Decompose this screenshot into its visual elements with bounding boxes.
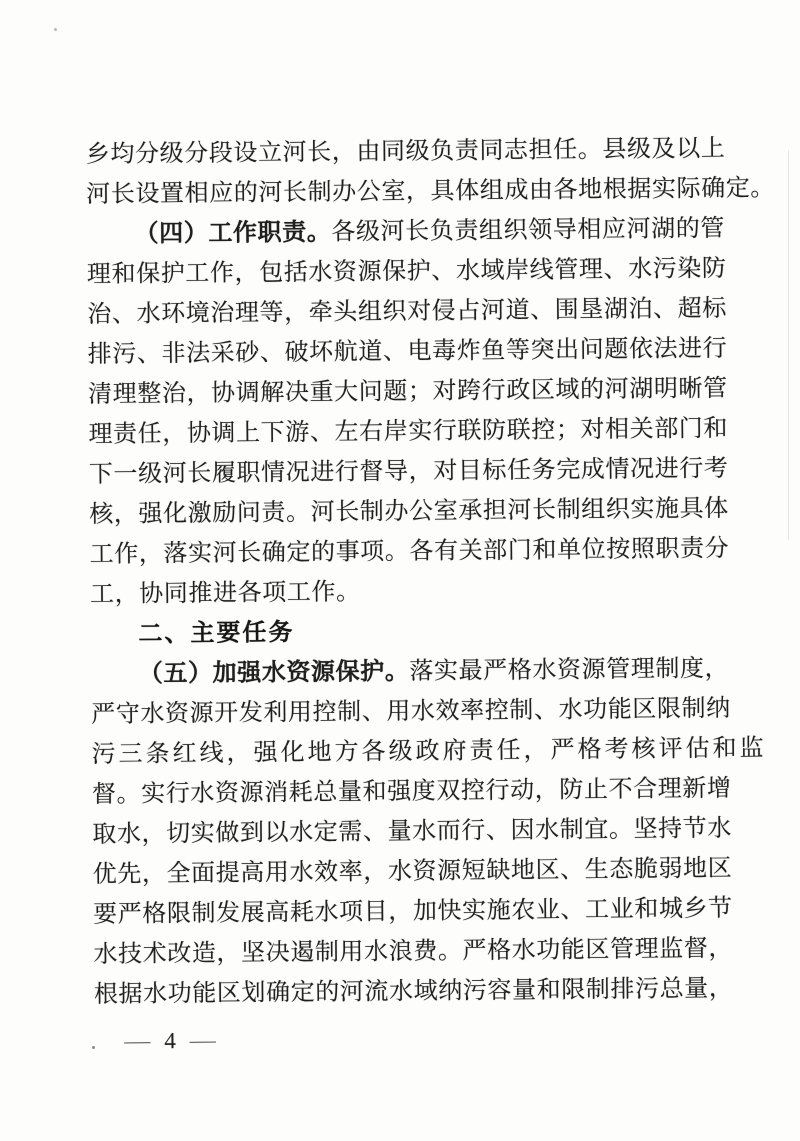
text-line: 要严格限制发展高耗水项目，加快实施农业、工业和城乡节 — [93, 889, 718, 935]
text-run: 落实最严格水资源管理制度， — [409, 656, 729, 685]
text-line-clause-5: （五）加强水资源保护。落实最严格水资源管理制度， — [91, 649, 716, 695]
clause-5-heading: （五）加强水资源保护。 — [139, 659, 410, 688]
text-line: 核，强化激励问责。河长制办公室承担河长制组织实施具体 — [89, 489, 714, 535]
text-line: 取水，切实做到以水定需、量水而行、因水制宜。坚持节水 — [92, 809, 717, 855]
document-page: 乡均分级分段设立河长，由同级负责同志担任。县级及以上 河长设置相应的河长制办公室… — [0, 0, 800, 1141]
footer-stray-dot — [92, 1046, 95, 1049]
text-line: 乡均分级分段设立河长，由同级负责同志担任。县级及以上 — [86, 129, 711, 175]
text-line: 工作，落实河长确定的事项。各有关部门和单位按照职责分 — [89, 529, 714, 575]
clause-4-heading: （四）工作职责。 — [134, 220, 331, 248]
text-line: 工，协同推进各项工作。 — [90, 569, 715, 615]
footer-dash-right: — — [190, 1031, 216, 1051]
section-2-heading: 二、主要任务 — [90, 609, 715, 655]
text-line: 下一级河长履职情况进行督导，对目标任务完成情况进行考 — [89, 449, 714, 495]
text-line: 清理整治，协调解决重大问题；对跨行政区域的河湖明晰管 — [88, 369, 713, 415]
text-line: 治、水环境治理等，牵头组织对侵占河道、围垦湖泊、超标 — [87, 289, 712, 335]
text-line-clause-4: （四）工作职责。各级河长负责组织领导相应河湖的管 — [86, 209, 711, 255]
text-line: 污三条红线，强化地方各级政府责任，严格考核评估和监 — [91, 729, 716, 775]
text-line: 根据水功能区划确定的河流水域纳污容量和限制排污总量， — [94, 969, 719, 1015]
footer-dash-left: — — [124, 1032, 150, 1052]
page-footer: — 4 — — [124, 1026, 216, 1057]
text-line: 理责任，协调上下游、左右岸实行联防联控；对相关部门和 — [88, 409, 713, 455]
scan-tilt-wrapper: 乡均分级分段设立河长，由同级负责同志担任。县级及以上 河长设置相应的河长制办公室… — [0, 0, 800, 1141]
document-body: 乡均分级分段设立河长，由同级负责同志担任。县级及以上 河长设置相应的河长制办公室… — [86, 129, 719, 1015]
text-line: 督。实行水资源消耗总量和强度双控行动，防止不合理新增 — [92, 769, 717, 815]
text-line: 优先，全面提高用水效率，水资源短缺地区、生态脆弱地区 — [93, 849, 718, 895]
text-line: 理和保护工作，包括水资源保护、水域岸线管理、水污染防 — [87, 249, 712, 295]
text-line: 严守水资源开发利用控制、用水效率控制、水功能区限制纳 — [91, 689, 716, 735]
text-line: 河长设置相应的河长制办公室，具体组成由各地根据实际确定。 — [86, 169, 711, 215]
footer-page-number: 4 — [164, 1028, 176, 1054]
text-run: 各级河长负责组织领导相应河湖的管 — [331, 216, 725, 246]
text-line: 水技术改造，坚决遏制用水浪费。严格水功能区管理监督， — [93, 929, 718, 975]
text-line: 排污、非法采砂、破坏航道、电毒炸鱼等突出问题依法进行 — [88, 329, 713, 375]
